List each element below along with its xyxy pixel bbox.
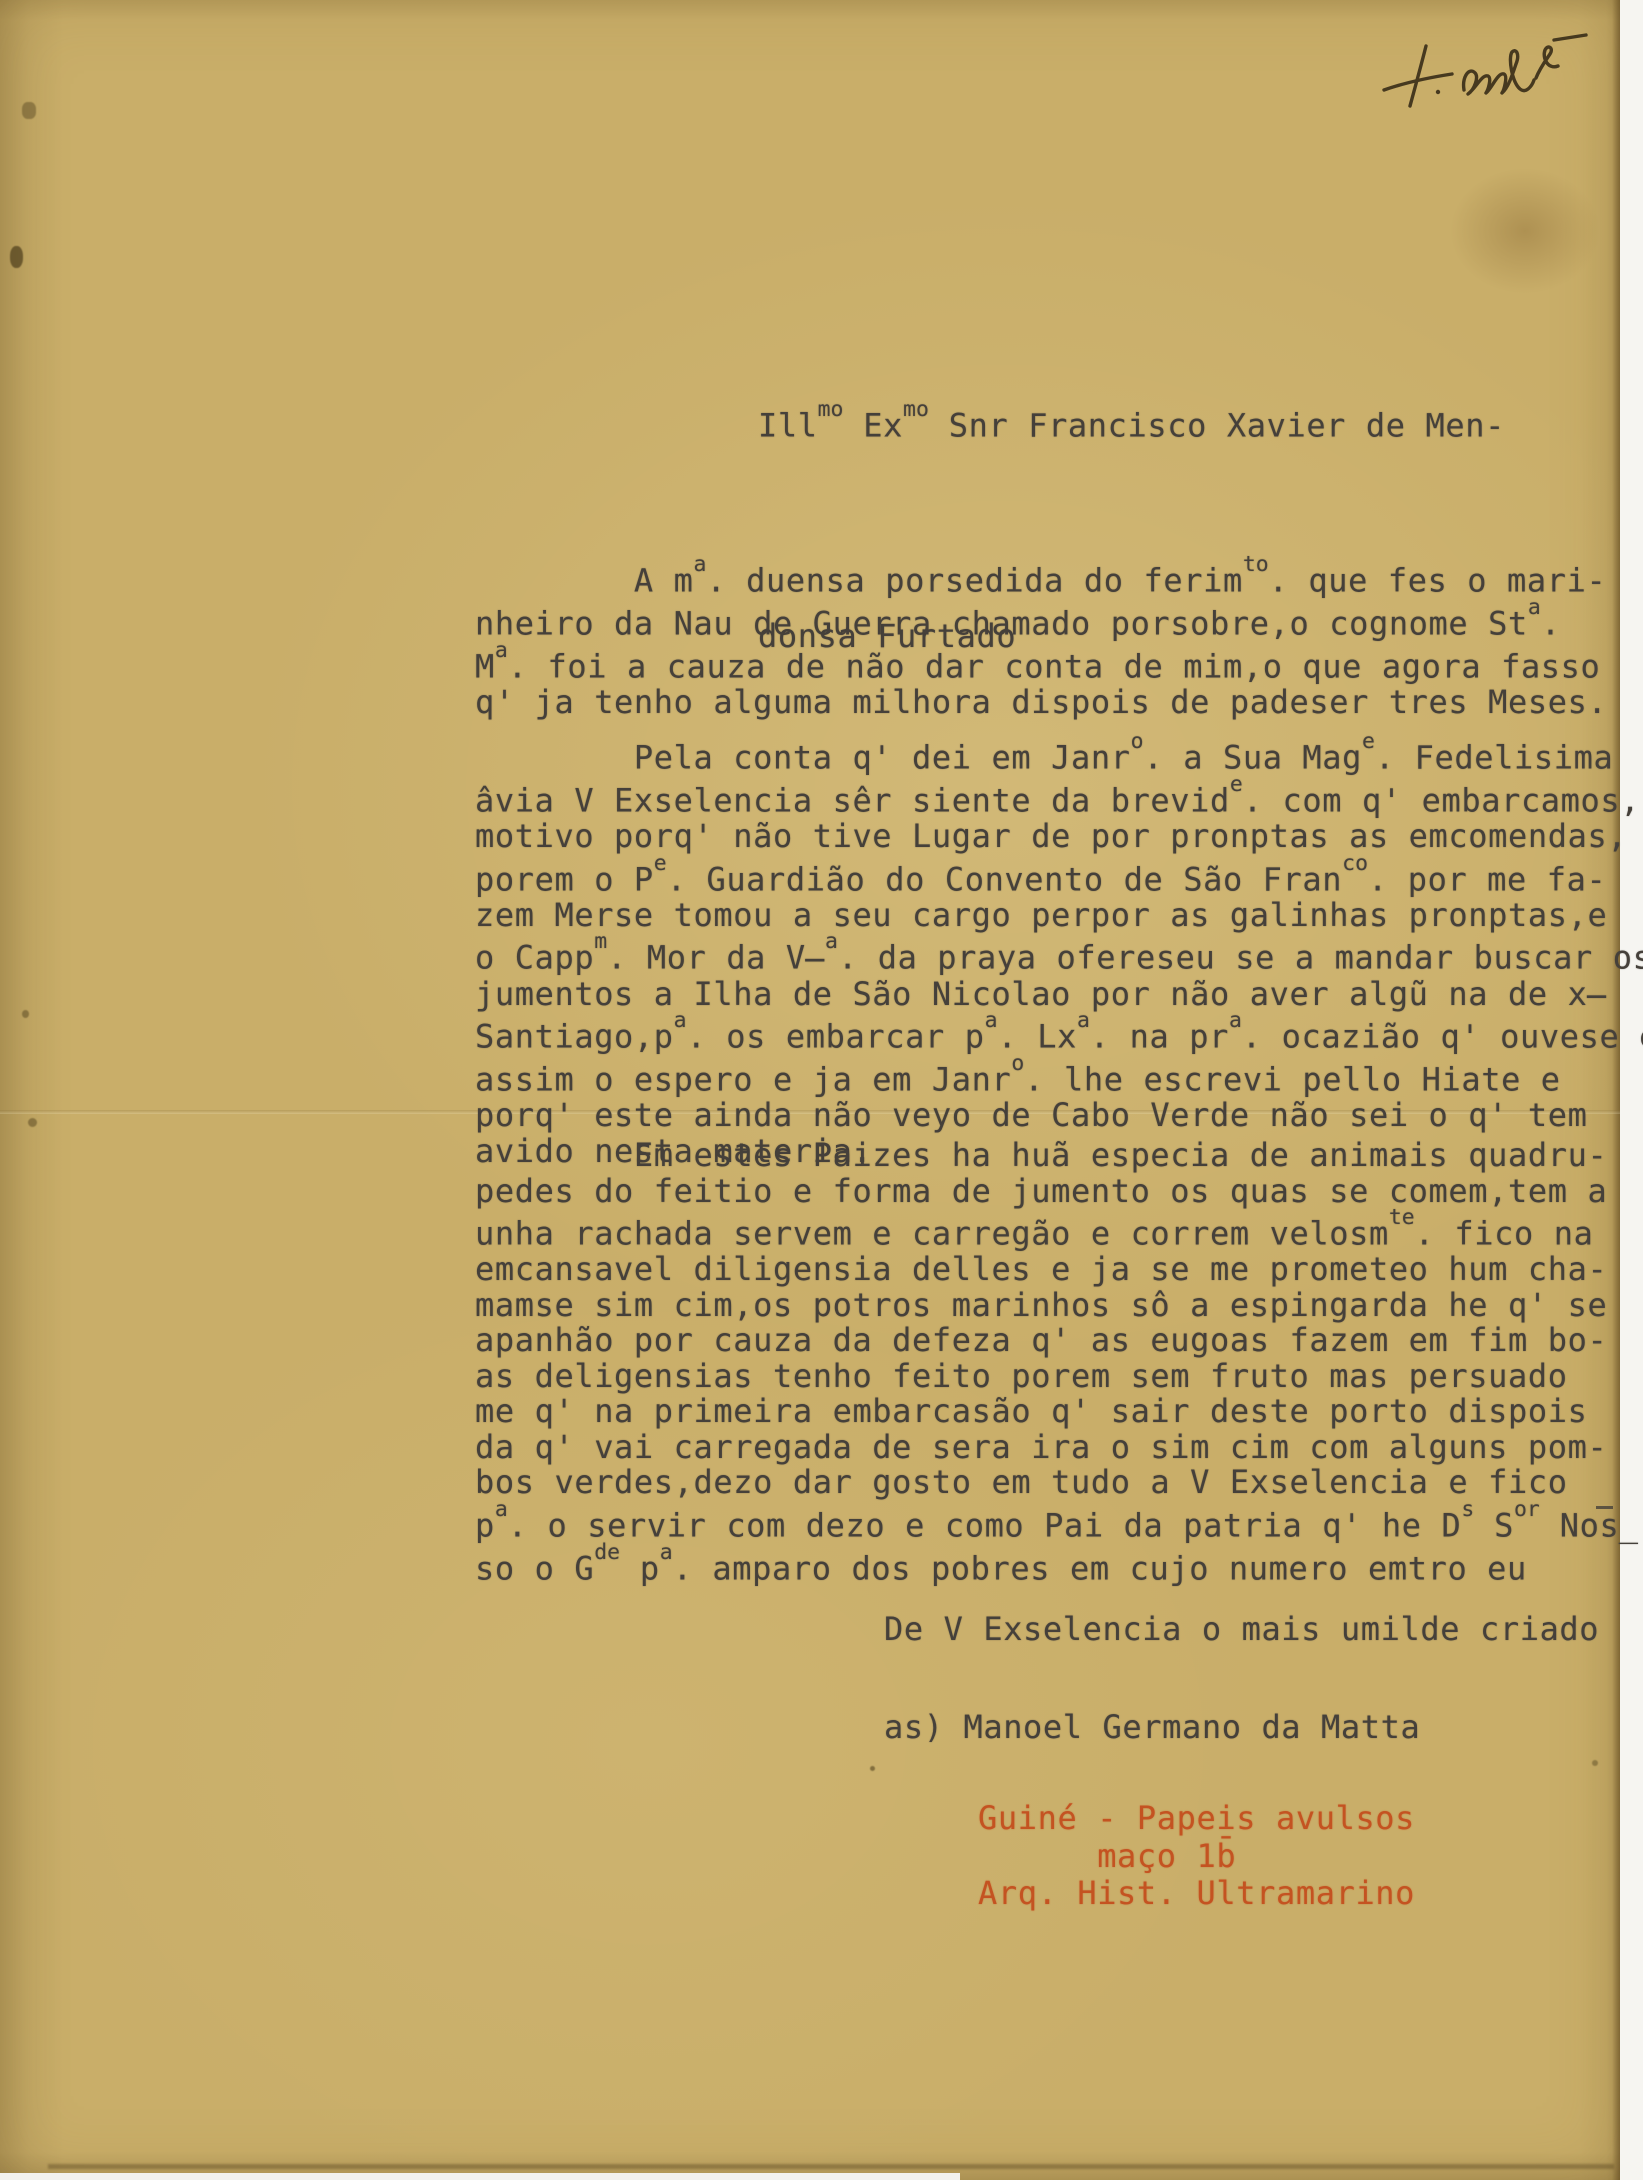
text-line: pedes do feitio e forma de jumento os qu… (475, 1174, 1639, 1210)
stamp-line: Arq. Hist. Ultramarino (978, 1875, 1415, 1913)
text-line: âvia V Exselencia sêr siente da brevide.… (475, 776, 1643, 819)
paper-bottom-edge (48, 2164, 1614, 2169)
text-line: A ma. duensa porsedida do ferimto. que f… (475, 556, 1607, 599)
text-line: Em estes Paizes ha huã especia de animai… (475, 1138, 1639, 1174)
text-line: apanhão por cauza da defeza q' as eugoas… (475, 1323, 1639, 1359)
ink-speck (22, 1010, 29, 1018)
text-line: Ma. foi a cauza de não dar conta de mim,… (475, 642, 1607, 685)
text-line: o Cappm. Mor da V̶a. da praya ofereseu s… (475, 933, 1643, 976)
text-line: so o Gde pa. amparo dos pobres em cujo n… (475, 1544, 1639, 1587)
text-line: emcansavel diligensia delles e ja se me … (475, 1252, 1639, 1288)
text-line: as deligensias tenho feito porem sem fru… (475, 1359, 1639, 1395)
text-line: da q' vai carregada de sera ira o sim ci… (475, 1430, 1639, 1466)
text-line: unha rachada servem e carregão e correm … (475, 1209, 1639, 1252)
text-line: q' ja tenho alguma milhora dispois de pa… (475, 685, 1607, 721)
body-paragraph-2: Pela conta q' dei em Janro. a Sua Mage. … (475, 733, 1643, 1169)
header-address: Illmo Exmo Snr Francisco Xavier de Men- … (758, 244, 1505, 811)
text-line: assim o espero e ja em Janro. lhe escrev… (475, 1055, 1643, 1098)
ink-speck (870, 1766, 875, 1771)
header-line-1: Illmo Exmo Snr Francisco Xavier de Men- (758, 384, 1505, 461)
text-line: zem Merse tomou a seu cargo perpor as ga… (475, 898, 1643, 934)
text-line: pa. o servir com dezo e como Pai da patr… (475, 1501, 1639, 1544)
scanner-background (0, 2173, 960, 2180)
text-line: mamse sim cim,os potros marinhos sô a es… (475, 1288, 1639, 1324)
stamp-line: maço 1b̄ (978, 1838, 1415, 1876)
closing-line: De V Exselencia o mais umilde criado (884, 1612, 1599, 1648)
text-line: nheiro da Nau de Guerra chamado porsobre… (475, 599, 1607, 642)
ink-speck (1592, 1760, 1598, 1766)
text-line: jumentos a Ilha de São Nicolao por não a… (475, 977, 1643, 1013)
body-paragraph-1: A ma. duensa porsedida do ferimto. que f… (475, 556, 1607, 721)
ink-speck (10, 246, 23, 268)
text-line: porq' este ainda não veyo de Cabo Verde … (475, 1098, 1643, 1134)
text-line: Pela conta q' dei em Janro. a Sua Mage. … (475, 733, 1643, 776)
text-line: porem o Pe. Guardião do Convento de São … (475, 855, 1643, 898)
ink-speck (28, 1118, 37, 1127)
letter-page: Illmo Exmo Snr Francisco Xavier de Men- … (0, 0, 1643, 2180)
ink-speck (22, 102, 36, 119)
text-line: bos verdes,dezo dar gosto em tudo a V Ex… (475, 1465, 1639, 1501)
text-line: Santiago,pa. os embarcar pa. Lxa. na pra… (475, 1012, 1643, 1055)
text-line: motivo porq' não tive Lugar de por pronp… (475, 819, 1643, 855)
body-paragraph-3: Em estes Paizes ha huã especia de animai… (475, 1138, 1639, 1587)
stamp-line: Guiné - Papeis avulsos (978, 1800, 1415, 1838)
archive-stamp: Guiné - Papeis avulsos maço 1b̄Arq. Hist… (978, 1800, 1415, 1913)
signature-line: as) Manoel Germano da Matta (884, 1710, 1420, 1746)
text-line: me q' na primeira embarcasão q' sair des… (475, 1394, 1639, 1430)
handwritten-annotation (1368, 28, 1618, 132)
